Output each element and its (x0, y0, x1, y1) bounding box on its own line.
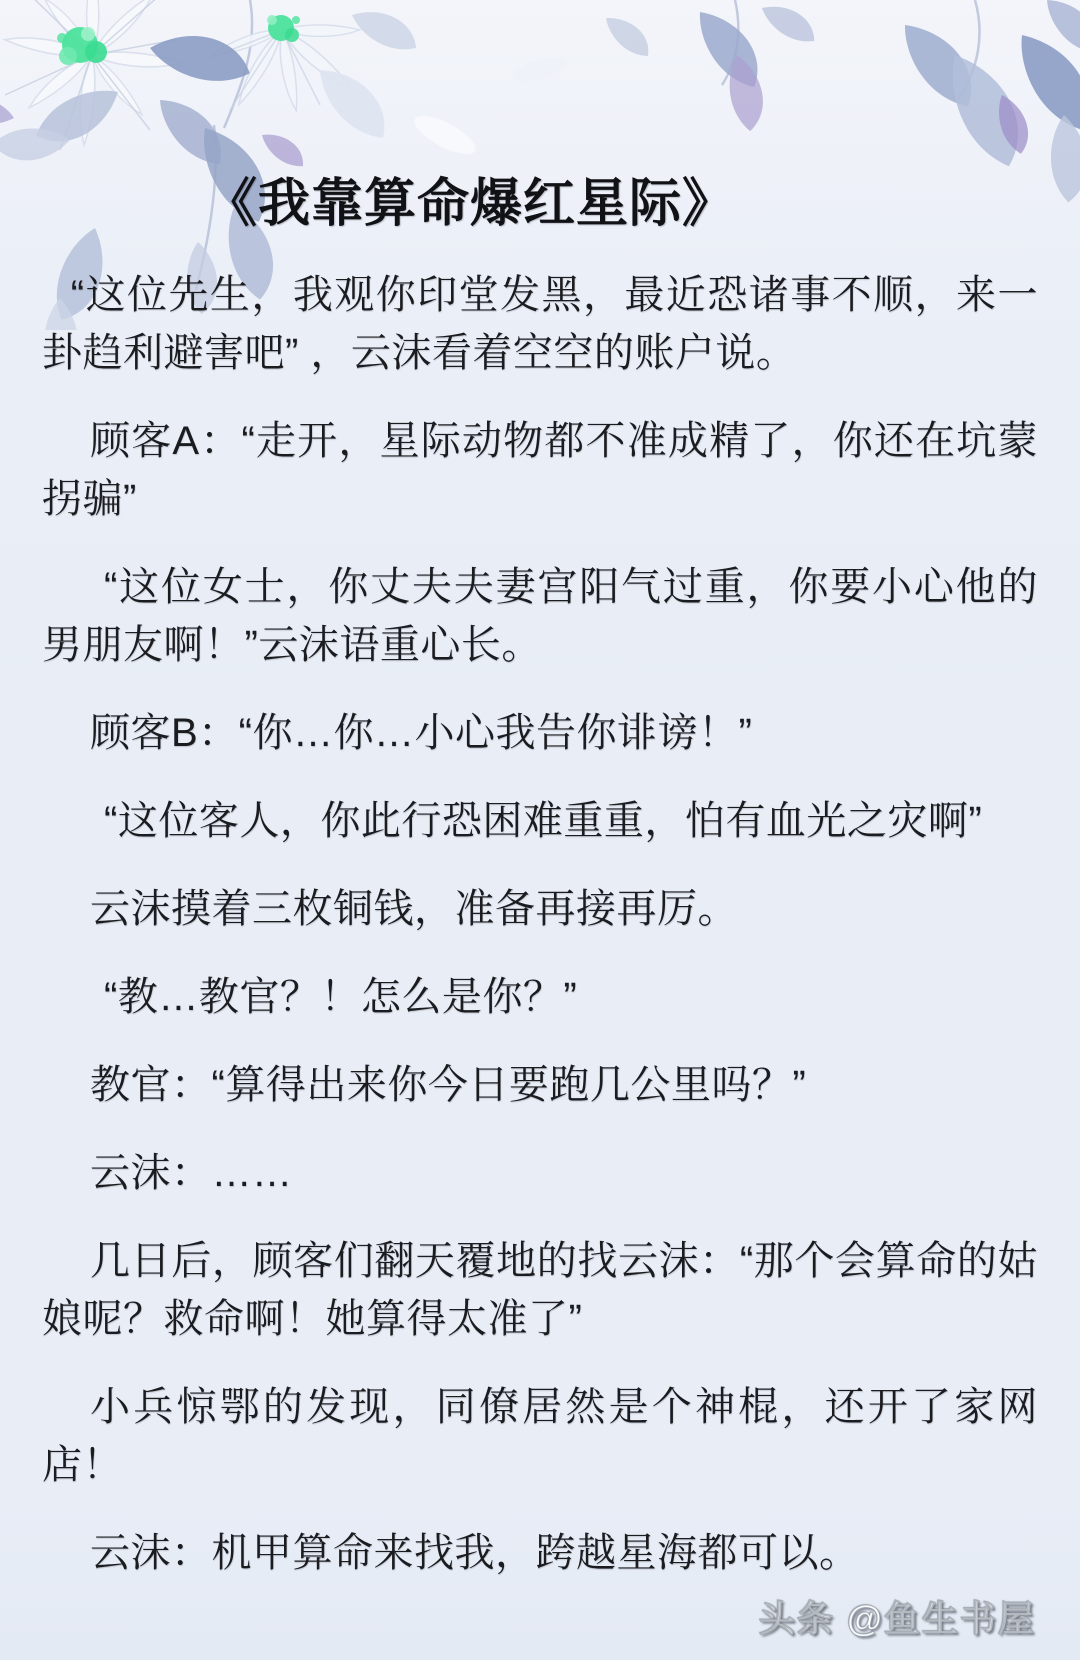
excerpt-paragraph: 顾客B：“你…你…小心我告你诽谤！” (42, 704, 1038, 762)
excerpt-paragraph: 云沫：…… (42, 1144, 1038, 1202)
excerpt-paragraph: 云沫：机甲算命来找我，跨越星海都可以。 (42, 1524, 1038, 1582)
book-title: 《我靠算命爆红星际》 (0, 161, 1010, 236)
novel-excerpt-card: 《我靠算命爆红星际》 “这位先生，我观你印堂发黑，最近恐诸事不顺，来一卦趋利避害… (0, 0, 1080, 1660)
story-excerpt: “这位先生，我观你印堂发黑，最近恐诸事不顺，来一卦趋利避害吧” ，云沫看着空空的… (0, 266, 1080, 1612)
flower-center-green-blobs (57, 15, 300, 65)
excerpt-paragraph: “教…教官？！怎么是你？” (42, 968, 1038, 1026)
excerpt-paragraph: “这位客人，你此行恐困难重重，怕有血光之灾啊” (42, 792, 1038, 850)
toutiao-watermark: 头条 @鱼生书屋 (759, 1591, 1036, 1642)
excerpt-paragraph: 小兵惊鄂的发现，同僚居然是个神棍，还开了家网店！ (42, 1378, 1038, 1494)
excerpt-paragraph: 教官：“算得出来你今日要跑几公里吗？” (42, 1056, 1038, 1114)
excerpt-paragraph: 顾客A：“走开，星际动物都不准成精了，你还在坑蒙拐骗” (42, 412, 1038, 528)
excerpt-paragraph: “这位先生，我观你印堂发黑，最近恐诸事不顺，来一卦趋利避害吧” ，云沫看着空空的… (42, 266, 1038, 382)
excerpt-paragraph: 几日后，顾客们翻天覆地的找云沫：“那个会算命的姑娘呢？救命啊！她算得太准了” (42, 1232, 1038, 1348)
excerpt-paragraph: 云沫摸着三枚铜钱，准备再接再厉。 (42, 880, 1038, 938)
excerpt-paragraph: “这位女士，你丈夫夫妻宫阳气过重，你要小心他的男朋友啊！”云沫语重心长。 (42, 558, 1038, 674)
